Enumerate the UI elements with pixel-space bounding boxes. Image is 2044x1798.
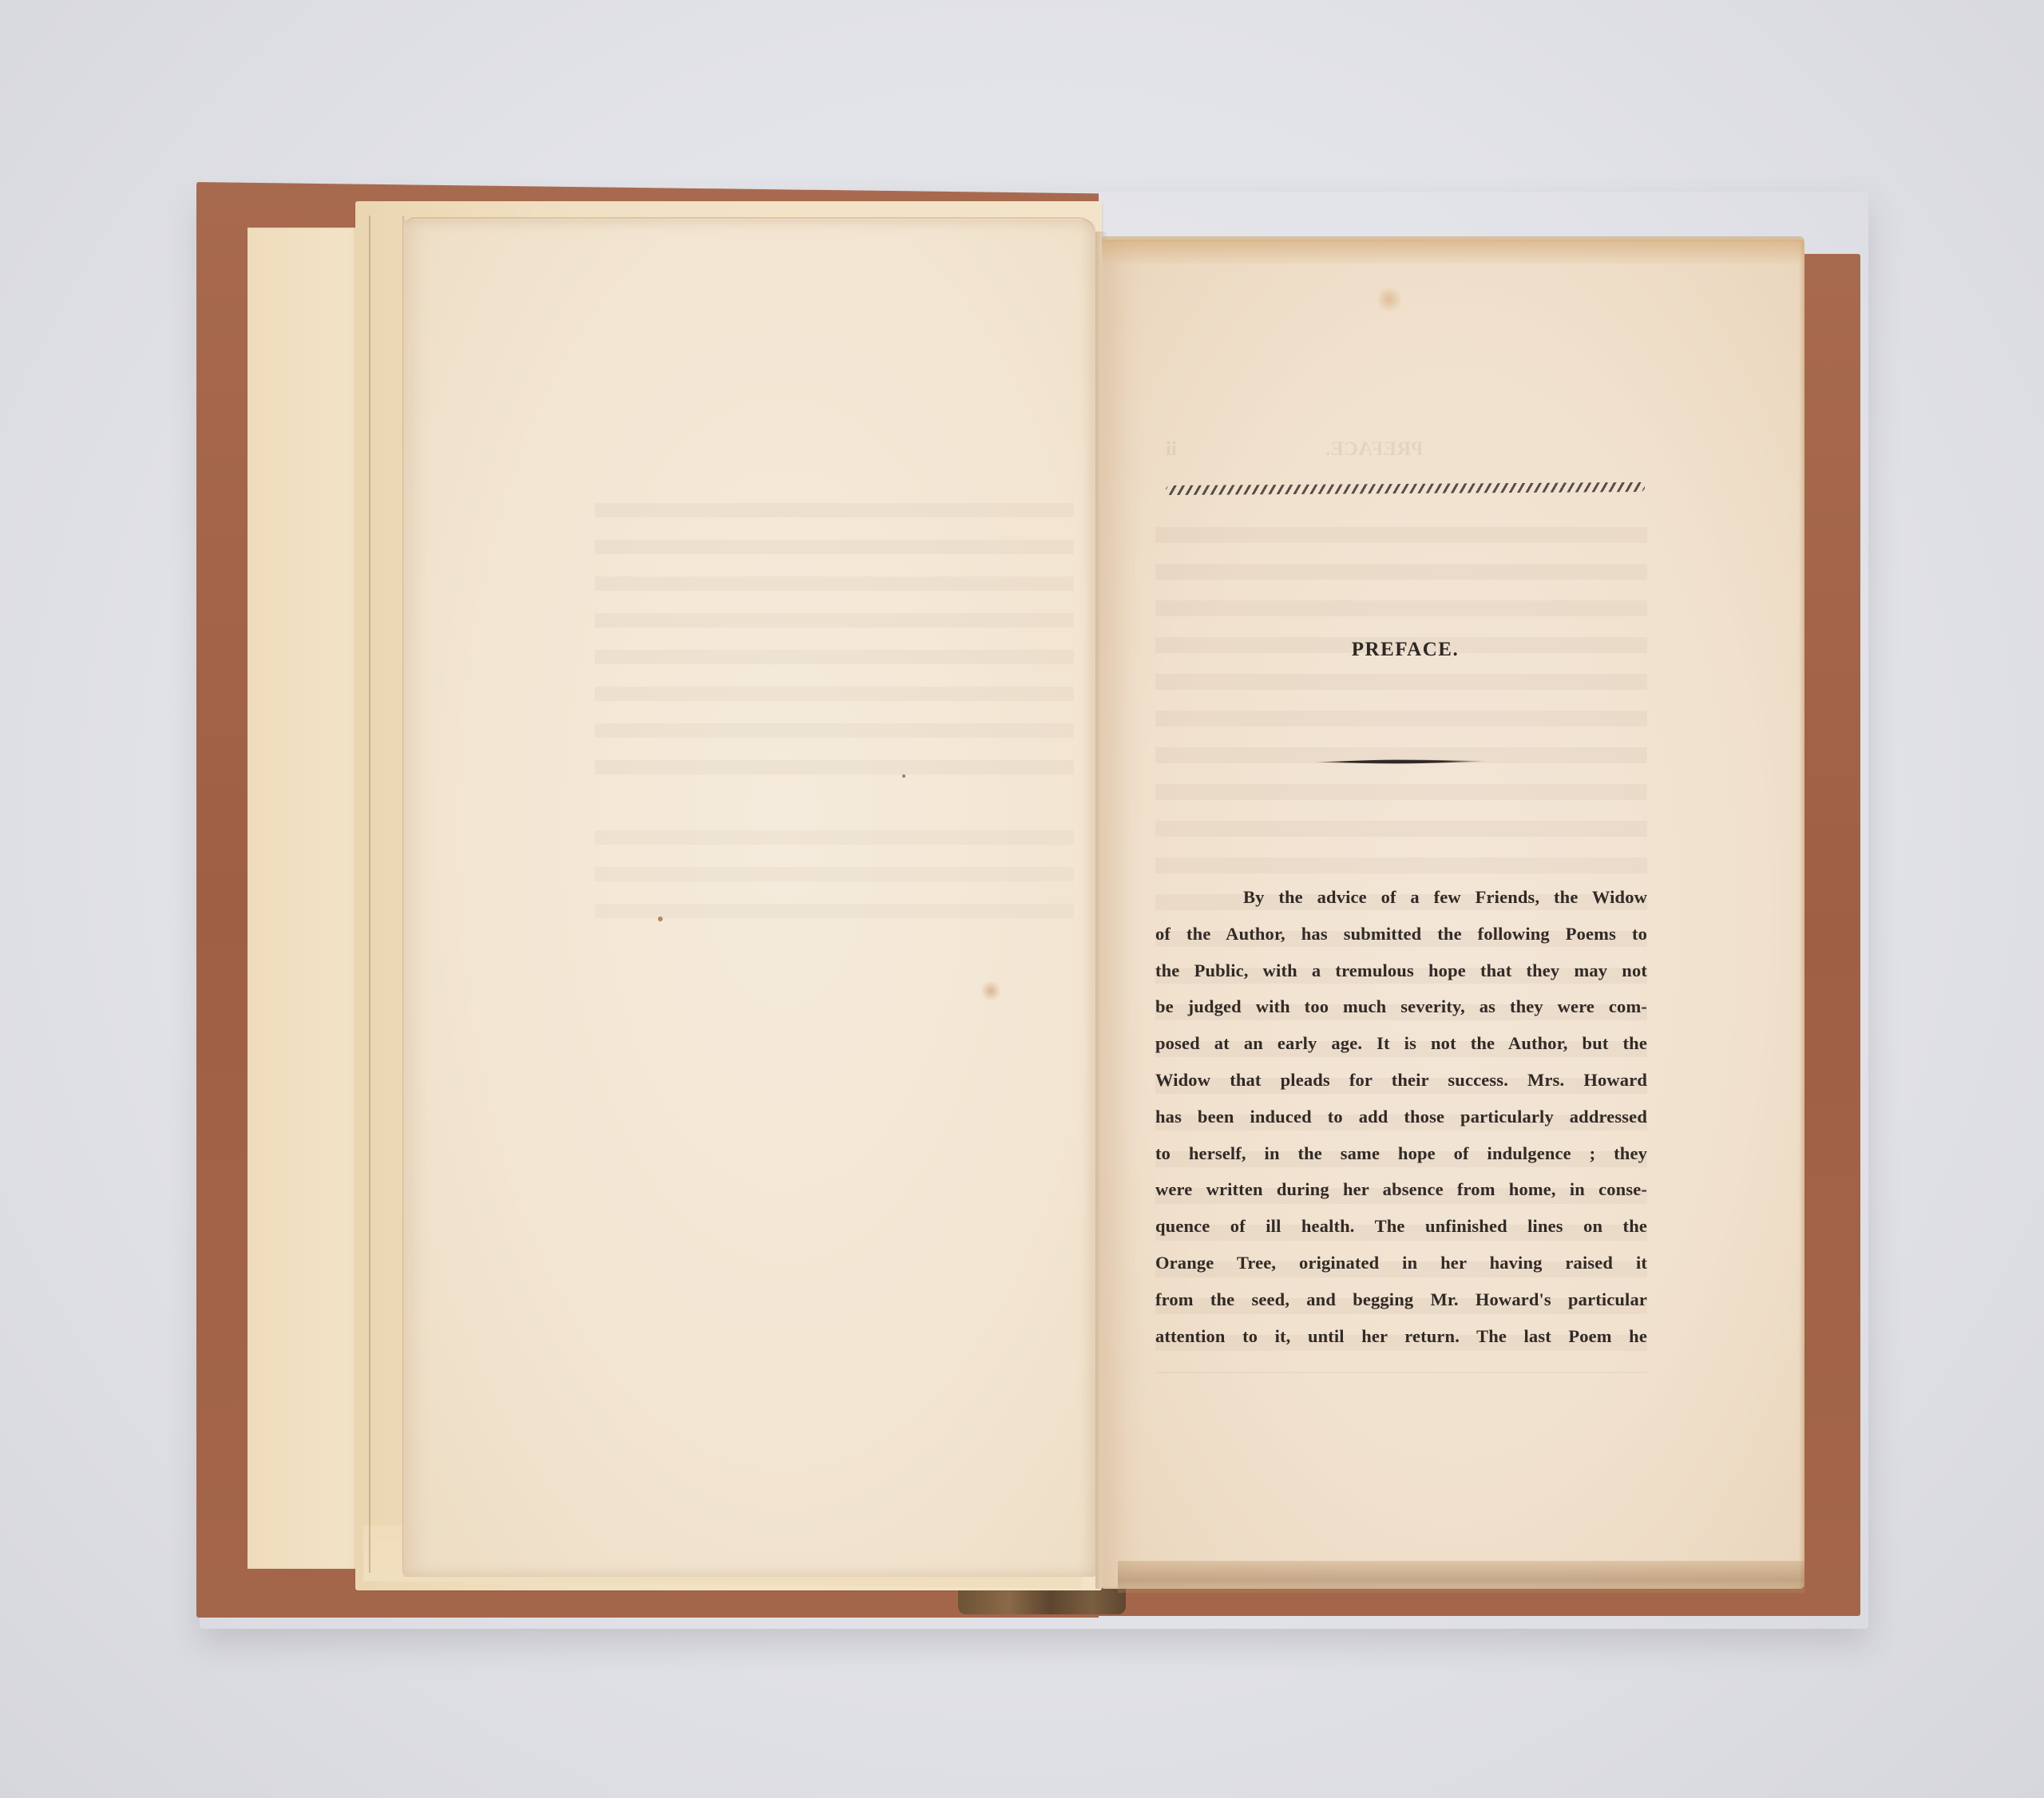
text-line: quence of ill health. The unfinished lin… (1155, 1208, 1647, 1245)
show-through-header: PREFACE. ii (1166, 431, 1645, 463)
leaf-stack-edge (369, 216, 404, 1573)
text-line: has been induced to add those particular… (1155, 1099, 1647, 1135)
show-through-page-number: ii (1166, 431, 1177, 468)
text-line: Widow that pleads for their success. Mrs… (1155, 1062, 1647, 1099)
right-page-top-edge (1102, 236, 1804, 263)
foxing-spot (1375, 287, 1404, 311)
text-line: of the Author, has submitted the followi… (1155, 916, 1647, 952)
page-title: PREFACE. (1150, 639, 1661, 661)
text-line: from the seed, and begging Mr. Howard's … (1155, 1281, 1647, 1318)
show-through-block (595, 503, 1074, 790)
show-through-title: PREFACE. (1325, 431, 1423, 468)
foxing-spot (980, 980, 1001, 1001)
text-line: to herself, in the same hope of indulgen… (1155, 1135, 1647, 1172)
text-line: were written during her absence from hom… (1155, 1171, 1647, 1208)
text-line: the Public, with a tremulous hope that t… (1155, 952, 1647, 989)
text-line: be judged with too much severity, as the… (1155, 988, 1647, 1025)
show-through-block (595, 830, 1074, 918)
text-line: attention to it, until her return. The l… (1155, 1318, 1647, 1355)
preface-paragraph: By the advice of a few Friends, the Wido… (1155, 879, 1647, 1354)
text-line: Orange Tree, originated in her having ra… (1155, 1245, 1647, 1281)
left-page-top-edge (407, 217, 1094, 236)
text-line: posed at an early age. It is not the Aut… (1155, 1025, 1647, 1062)
text-line: By the advice of a few Friends, the Wido… (1155, 879, 1647, 916)
right-page-bottom-edge (1118, 1561, 1804, 1593)
